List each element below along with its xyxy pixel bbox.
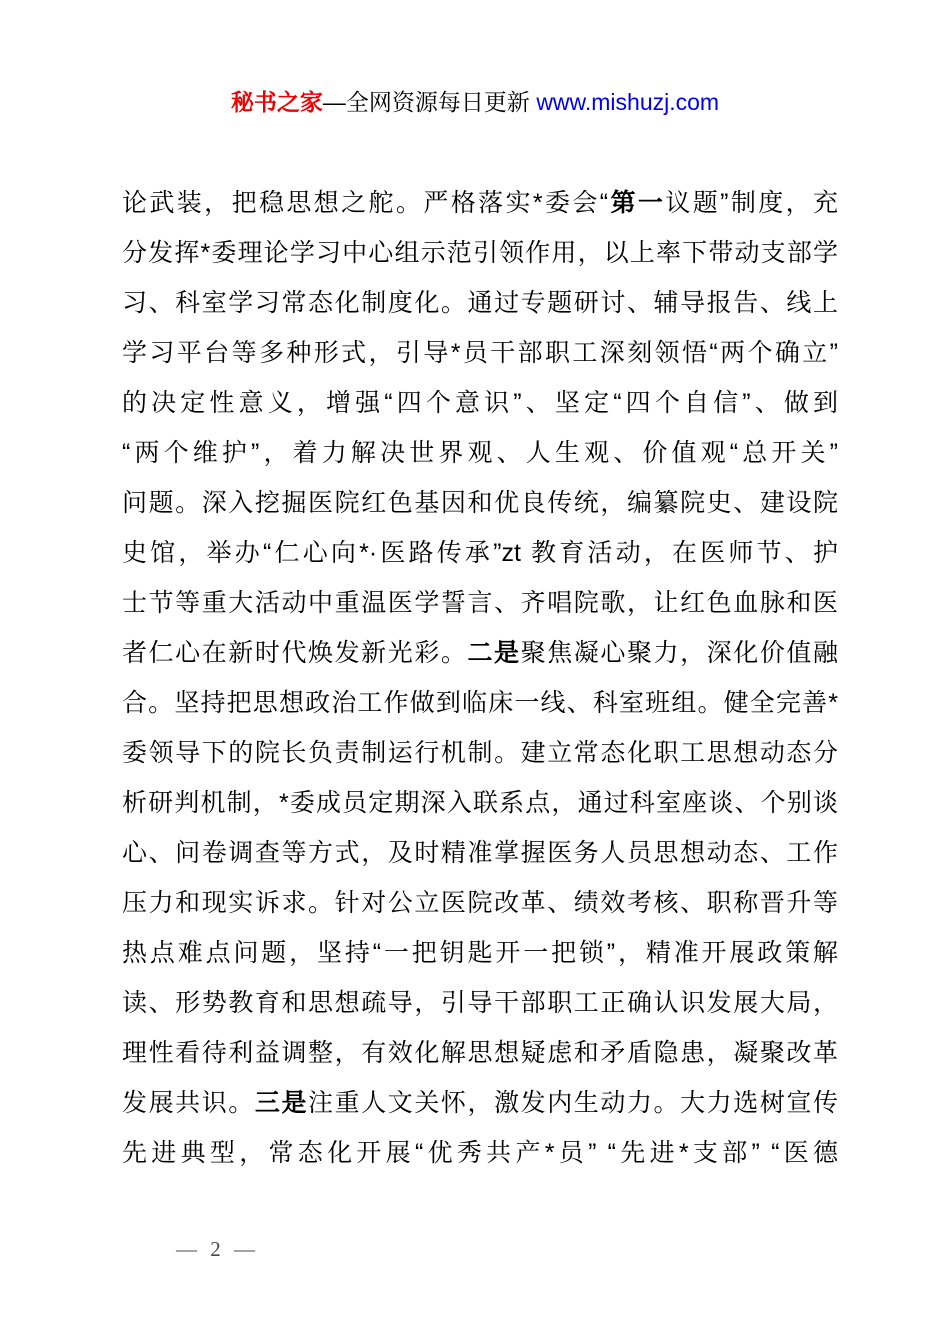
bold-emphasis: 三是 [255, 1089, 308, 1117]
body-line: 发展共识。三是注重人文关怀，激发内生动力。大力选树宣传 [122, 1078, 838, 1128]
body-line: “两个维护”，着力解决世界观、人生观、价值观“总开关” [122, 428, 838, 478]
bold-emphasis: 二是 [467, 639, 520, 667]
body-line: 史馆，举办“仁心向*·医路传承”zt 教育活动，在医师节、护 [122, 528, 838, 578]
bold-emphasis: 第一 [608, 189, 665, 217]
body-line: 的决定性意义，增强“四个意识”、坚定“四个自信”、做到 [122, 378, 838, 428]
body-line: 问题。深入挖掘医院红色基因和优良传统，编纂院史、建设院 [122, 478, 838, 528]
page-number: — 2 — [176, 1237, 259, 1262]
body-line: 读、形势教育和思想疏导，引导干部职工正确认识发展大局， [122, 978, 838, 1028]
body-line: 士节等重大活动中重温医学誓言、齐唱院歌，让红色血脉和医 [122, 578, 838, 628]
document-page: 秘书之家—全网资源每日更新 www.mishuzj.com 论武装，把稳思想之舵… [0, 0, 950, 1344]
body-line: 压力和现实诉求。针对公立医院改革、绩效考核、职称晋升等 [122, 878, 838, 928]
body-line: 习、科室学习常态化制度化。通过专题研讨、辅导报告、线上 [122, 278, 838, 328]
body-line: 合。坚持把思想政治工作做到临床一线、科室班组。健全完善* [122, 678, 838, 728]
site-header: 秘书之家—全网资源每日更新 www.mishuzj.com [0, 84, 950, 117]
body-line: 分发挥*委理论学习中心组示范引领作用，以上率下带动支部学 [122, 228, 838, 278]
body-line: 委领导下的院长负责制运行机制。建立常态化职工思想动态分 [122, 728, 838, 778]
body-line: 热点难点问题，坚持“一把钥匙开一把锁”，精准开展政策解 [122, 928, 838, 978]
body-line: 论武装，把稳思想之舵。严格落实*委会“第一议题”制度，充 [122, 178, 838, 228]
body-line: 先进典型，常态化开展“优秀共产*员” “先进*支部” “医德 [122, 1128, 838, 1178]
body-line: 析研判机制，*委成员定期深入联系点，通过科室座谈、个别谈 [122, 778, 838, 828]
body-line: 理性看待利益调整，有效化解思想疑虑和矛盾隐患，凝聚改革 [122, 1028, 838, 1078]
body-line: 学习平台等多种形式，引导*员干部职工深刻领悟“两个确立” [122, 328, 838, 378]
body-line: 心、问卷调查等方式，及时精准掌握医务人员思想动态、工作 [122, 828, 838, 878]
body-line: 者仁心在新时代焕发新光彩。二是聚焦凝心聚力，深化价值融 [122, 628, 838, 678]
site-tagline: —全网资源每日更新 [323, 89, 530, 115]
site-url-link[interactable]: www.mishuzj.com [536, 89, 719, 115]
site-name: 秘书之家 [231, 89, 323, 115]
document-body: 论武装，把稳思想之舵。严格落实*委会“第一议题”制度，充分发挥*委理论学习中心组… [122, 178, 838, 1178]
